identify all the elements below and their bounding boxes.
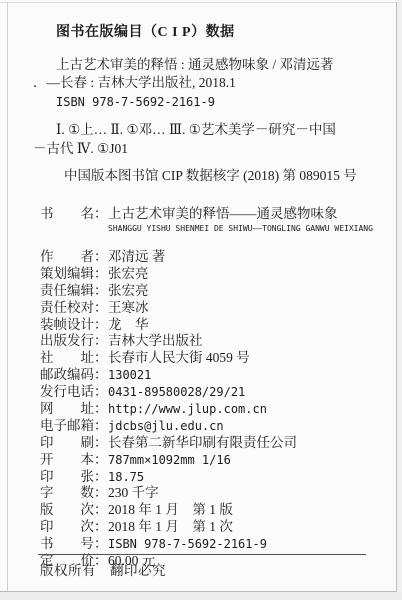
info-row-value: jdcbs@jlu.edu.cn: [108, 419, 224, 433]
scan-margin-bottom: [0, 592, 402, 600]
page-edge-top: [0, 2, 402, 3]
cip-data-block: 图书在版编目（C I P）数据 上古艺术审美的释悟 : 通灵感物味象 / 邓清远…: [40, 24, 380, 186]
scan-margin-right: [397, 0, 402, 592]
info-row: 社 址：长春市人民大街 4059 号: [40, 350, 385, 367]
info-row-label: 发行电话：: [40, 384, 108, 401]
info-row-value: 张宏亮: [108, 283, 149, 298]
info-row-label: 印 次：: [40, 519, 108, 536]
info-row: 网 址：http://www.jlup.com.cn: [40, 401, 385, 418]
info-row-label: 装帧设计：: [40, 317, 108, 334]
info-row-label: 策划编辑：: [40, 266, 108, 283]
info-row-label: 邮政编码：: [40, 367, 108, 384]
info-row: 作 者：邓清远 著: [40, 249, 385, 266]
info-row: 书 号：ISBN 978-7-5692-2161-9: [40, 536, 385, 553]
info-row: 责任校对：王寒冰: [40, 300, 385, 317]
info-row-value: 2018 年 1 月 第 1 版: [108, 502, 233, 517]
info-row-value: 张宏亮: [108, 266, 149, 281]
footer-divider-line: [38, 554, 366, 555]
info-row-label: 电子邮箱：: [40, 418, 108, 435]
info-row-value: 长春第二新华印刷有限责任公司: [108, 435, 297, 450]
info-row-value: 王寒冰: [108, 300, 149, 315]
cip-title-line: 上古艺术审美的释悟 : 通灵感物味象 / 邓清远著: [56, 56, 380, 75]
info-row-label: 印 张：: [40, 469, 108, 486]
info-row-label: 责任校对：: [40, 300, 108, 317]
info-row: 责任编辑：张宏亮: [40, 283, 385, 300]
info-row-value: 230 千字: [108, 485, 159, 500]
info-row-label: 责任编辑：: [40, 283, 108, 300]
info-row-value: http://www.jlup.com.cn: [108, 402, 267, 416]
cip-header: 图书在版编目（C I P）数据: [56, 24, 380, 43]
info-row-value: 0431-89580028/29/21: [108, 385, 245, 399]
info-row-label: 版 次：: [40, 502, 108, 519]
cip-record-number-line: 中国版本图书馆 CIP 数据核字 (2018) 第 089015 号: [64, 167, 380, 186]
info-row-label: 书 名：: [40, 205, 108, 222]
info-row: 邮政编码：130021: [40, 367, 385, 384]
info-row-value: ISBN 978-7-5692-2161-9: [108, 537, 267, 551]
info-row-label: 字 数：: [40, 485, 108, 502]
info-row-label: 开 本：: [40, 452, 108, 469]
book-info-list: 书 名：上古艺术审美的释悟——通灵感物味象SHANGGU YISHU SHENM…: [40, 205, 385, 570]
info-row-value: 130021: [108, 368, 151, 382]
cip-publisher-line: ．—长春 : 吉林大学出版社, 2018.1: [33, 74, 380, 93]
info-row: 开 本：787mm×1092mm 1/16: [40, 452, 385, 469]
info-row: 电子邮箱：jdcbs@jlu.edu.cn: [40, 418, 385, 435]
info-row-value: 2018 年 1 月 第 1 次: [108, 519, 233, 534]
info-row: 版 次：2018 年 1 月 第 1 版: [40, 502, 385, 519]
info-row-value: 长春市人民大街 4059 号: [108, 350, 250, 365]
info-row-pinyin: SHANGGU YISHU SHENMEI DE SHIWU——TONGLING…: [108, 222, 385, 237]
info-row: 字 数：230 千字: [40, 485, 385, 502]
info-row-value: 787mm×1092mm 1/16: [108, 453, 231, 467]
info-row-value: 18.75: [108, 470, 144, 484]
copyright-page: 图书在版编目（C I P）数据 上古艺术审美的释悟 : 通灵感物味象 / 邓清远…: [0, 0, 402, 600]
info-row: 策划编辑：张宏亮: [40, 266, 385, 283]
cip-classification-line-1: Ⅰ. ①上… Ⅱ. ①邓… Ⅲ. ①艺术美学－研究－中国: [56, 121, 380, 140]
page-edge-left: [7, 2, 8, 591]
info-row: 发行电话：0431-89580028/29/21: [40, 384, 385, 401]
copyright-notice: 版权所有 翻印必究: [40, 562, 166, 579]
info-row-label: 出版发行：: [40, 333, 108, 350]
info-row-value: 龙 华: [108, 317, 149, 332]
info-row: 装帧设计：龙 华: [40, 317, 385, 334]
cip-classification-line-2: －古代 Ⅳ. ①J01: [33, 140, 380, 159]
info-row-value: 邓清远 著: [108, 249, 165, 264]
info-row: 印 张：18.75: [40, 469, 385, 486]
info-row-label: 书 号：: [40, 536, 108, 553]
cip-isbn-line: ISBN 978-7-5692-2161-9: [56, 93, 380, 112]
info-row: 出版发行：吉林大学出版社: [40, 333, 385, 350]
info-row: 印 次：2018 年 1 月 第 1 次: [40, 519, 385, 536]
info-row: 书 名：上古艺术审美的释悟——通灵感物味象: [40, 205, 385, 222]
info-row: 印 刷：长春第二新华印刷有限责任公司: [40, 435, 385, 452]
info-row-value: 吉林大学出版社: [108, 333, 203, 348]
info-row-label: 网 址：: [40, 401, 108, 418]
info-row-label: 社 址：: [40, 350, 108, 367]
info-row-value: 上古艺术审美的释悟——通灵感物味象: [108, 206, 338, 221]
info-row-label: 印 刷：: [40, 435, 108, 452]
info-row-label: 作 者：: [40, 249, 108, 266]
